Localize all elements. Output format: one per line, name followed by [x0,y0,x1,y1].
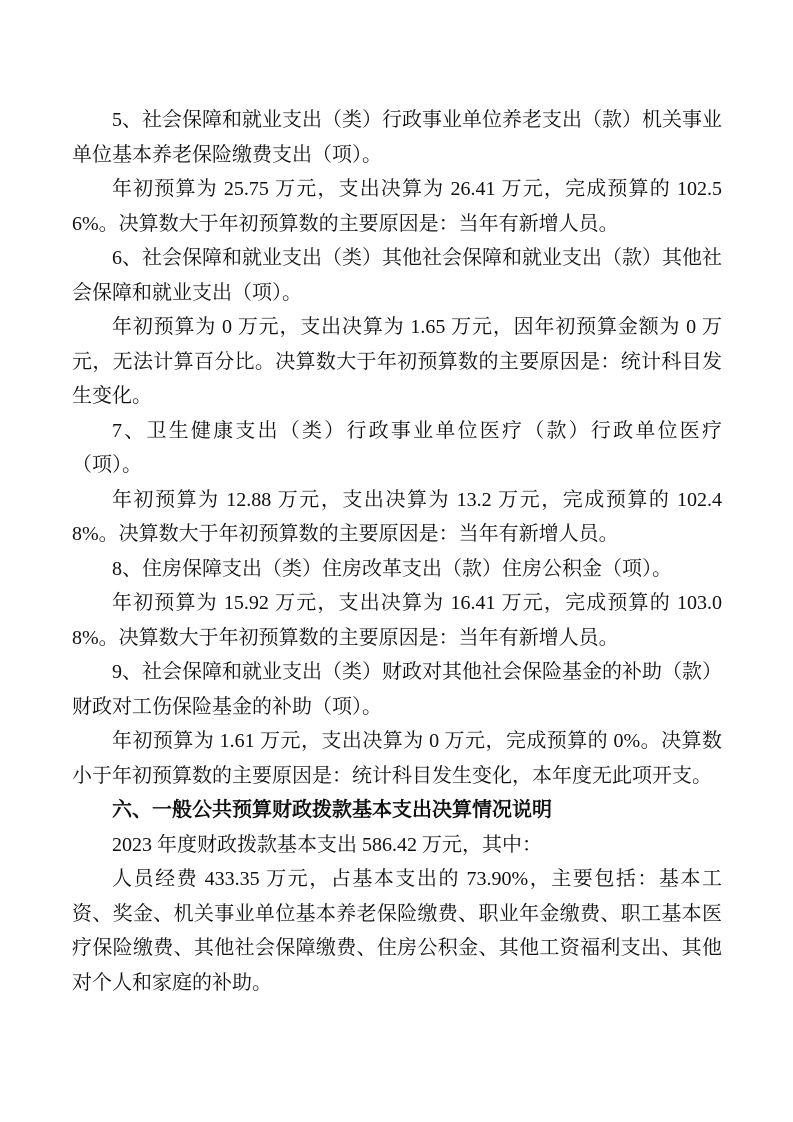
expense-item-9-detail-paragraph: 年初预算为 1.61 万元，支出决算为 0 万元，完成预算的 0%。决算数小于年… [72,724,722,793]
expense-item-6-detail-paragraph: 年初预算为 0 万元，支出决算为 1.65 万元，因年初预算金额为 0 万元，无… [72,310,722,414]
document-content: 5、社会保障和就业支出（类）行政事业单位养老支出（款）机关事业单位基本养老保险缴… [72,103,722,1000]
expense-item-7-paragraph: 7、卫生健康支出（类）行政事业单位医疗（款）行政单位医疗（项）。 [72,414,722,483]
expense-item-9-paragraph: 9、社会保障和就业支出（类）财政对其他社会保险基金的补助（款）财政对工伤保险基金… [72,655,722,724]
expense-item-6-paragraph: 6、社会保障和就业支出（类）其他社会保障和就业支出（款）其他社会保障和就业支出（… [72,241,722,310]
section-6-heading: 六、一般公共预算财政拨款基本支出决算情况说明 [72,793,722,828]
expense-item-8-detail-paragraph: 年初预算为 15.92 万元，支出决算为 16.41 万元，完成预算的 103.… [72,586,722,655]
expense-item-5-paragraph: 5、社会保障和就业支出（类）行政事业单位养老支出（款）机关事业单位基本养老保险缴… [72,103,722,172]
expense-item-8-paragraph: 8、住房保障支出（类）住房改革支出（款）住房公积金（项）。 [72,552,722,587]
expense-item-7-detail-paragraph: 年初预算为 12.88 万元，支出决算为 13.2 万元，完成预算的 102.4… [72,483,722,552]
basic-expenditure-total-paragraph: 2023 年度财政拨款基本支出 586.42 万元，其中： [72,828,722,863]
expense-item-5-detail-paragraph: 年初预算为 25.75 万元，支出决算为 26.41 万元，完成预算的 102.… [72,172,722,241]
personnel-expenditure-detail-paragraph: 人员经费 433.35 万元，占基本支出的 73.90%，主要包括：基本工资、奖… [72,862,722,1000]
document-page: 5、社会保障和就业支出（类）行政事业单位养老支出（款）机关事业单位基本养老保险缴… [0,0,793,1122]
